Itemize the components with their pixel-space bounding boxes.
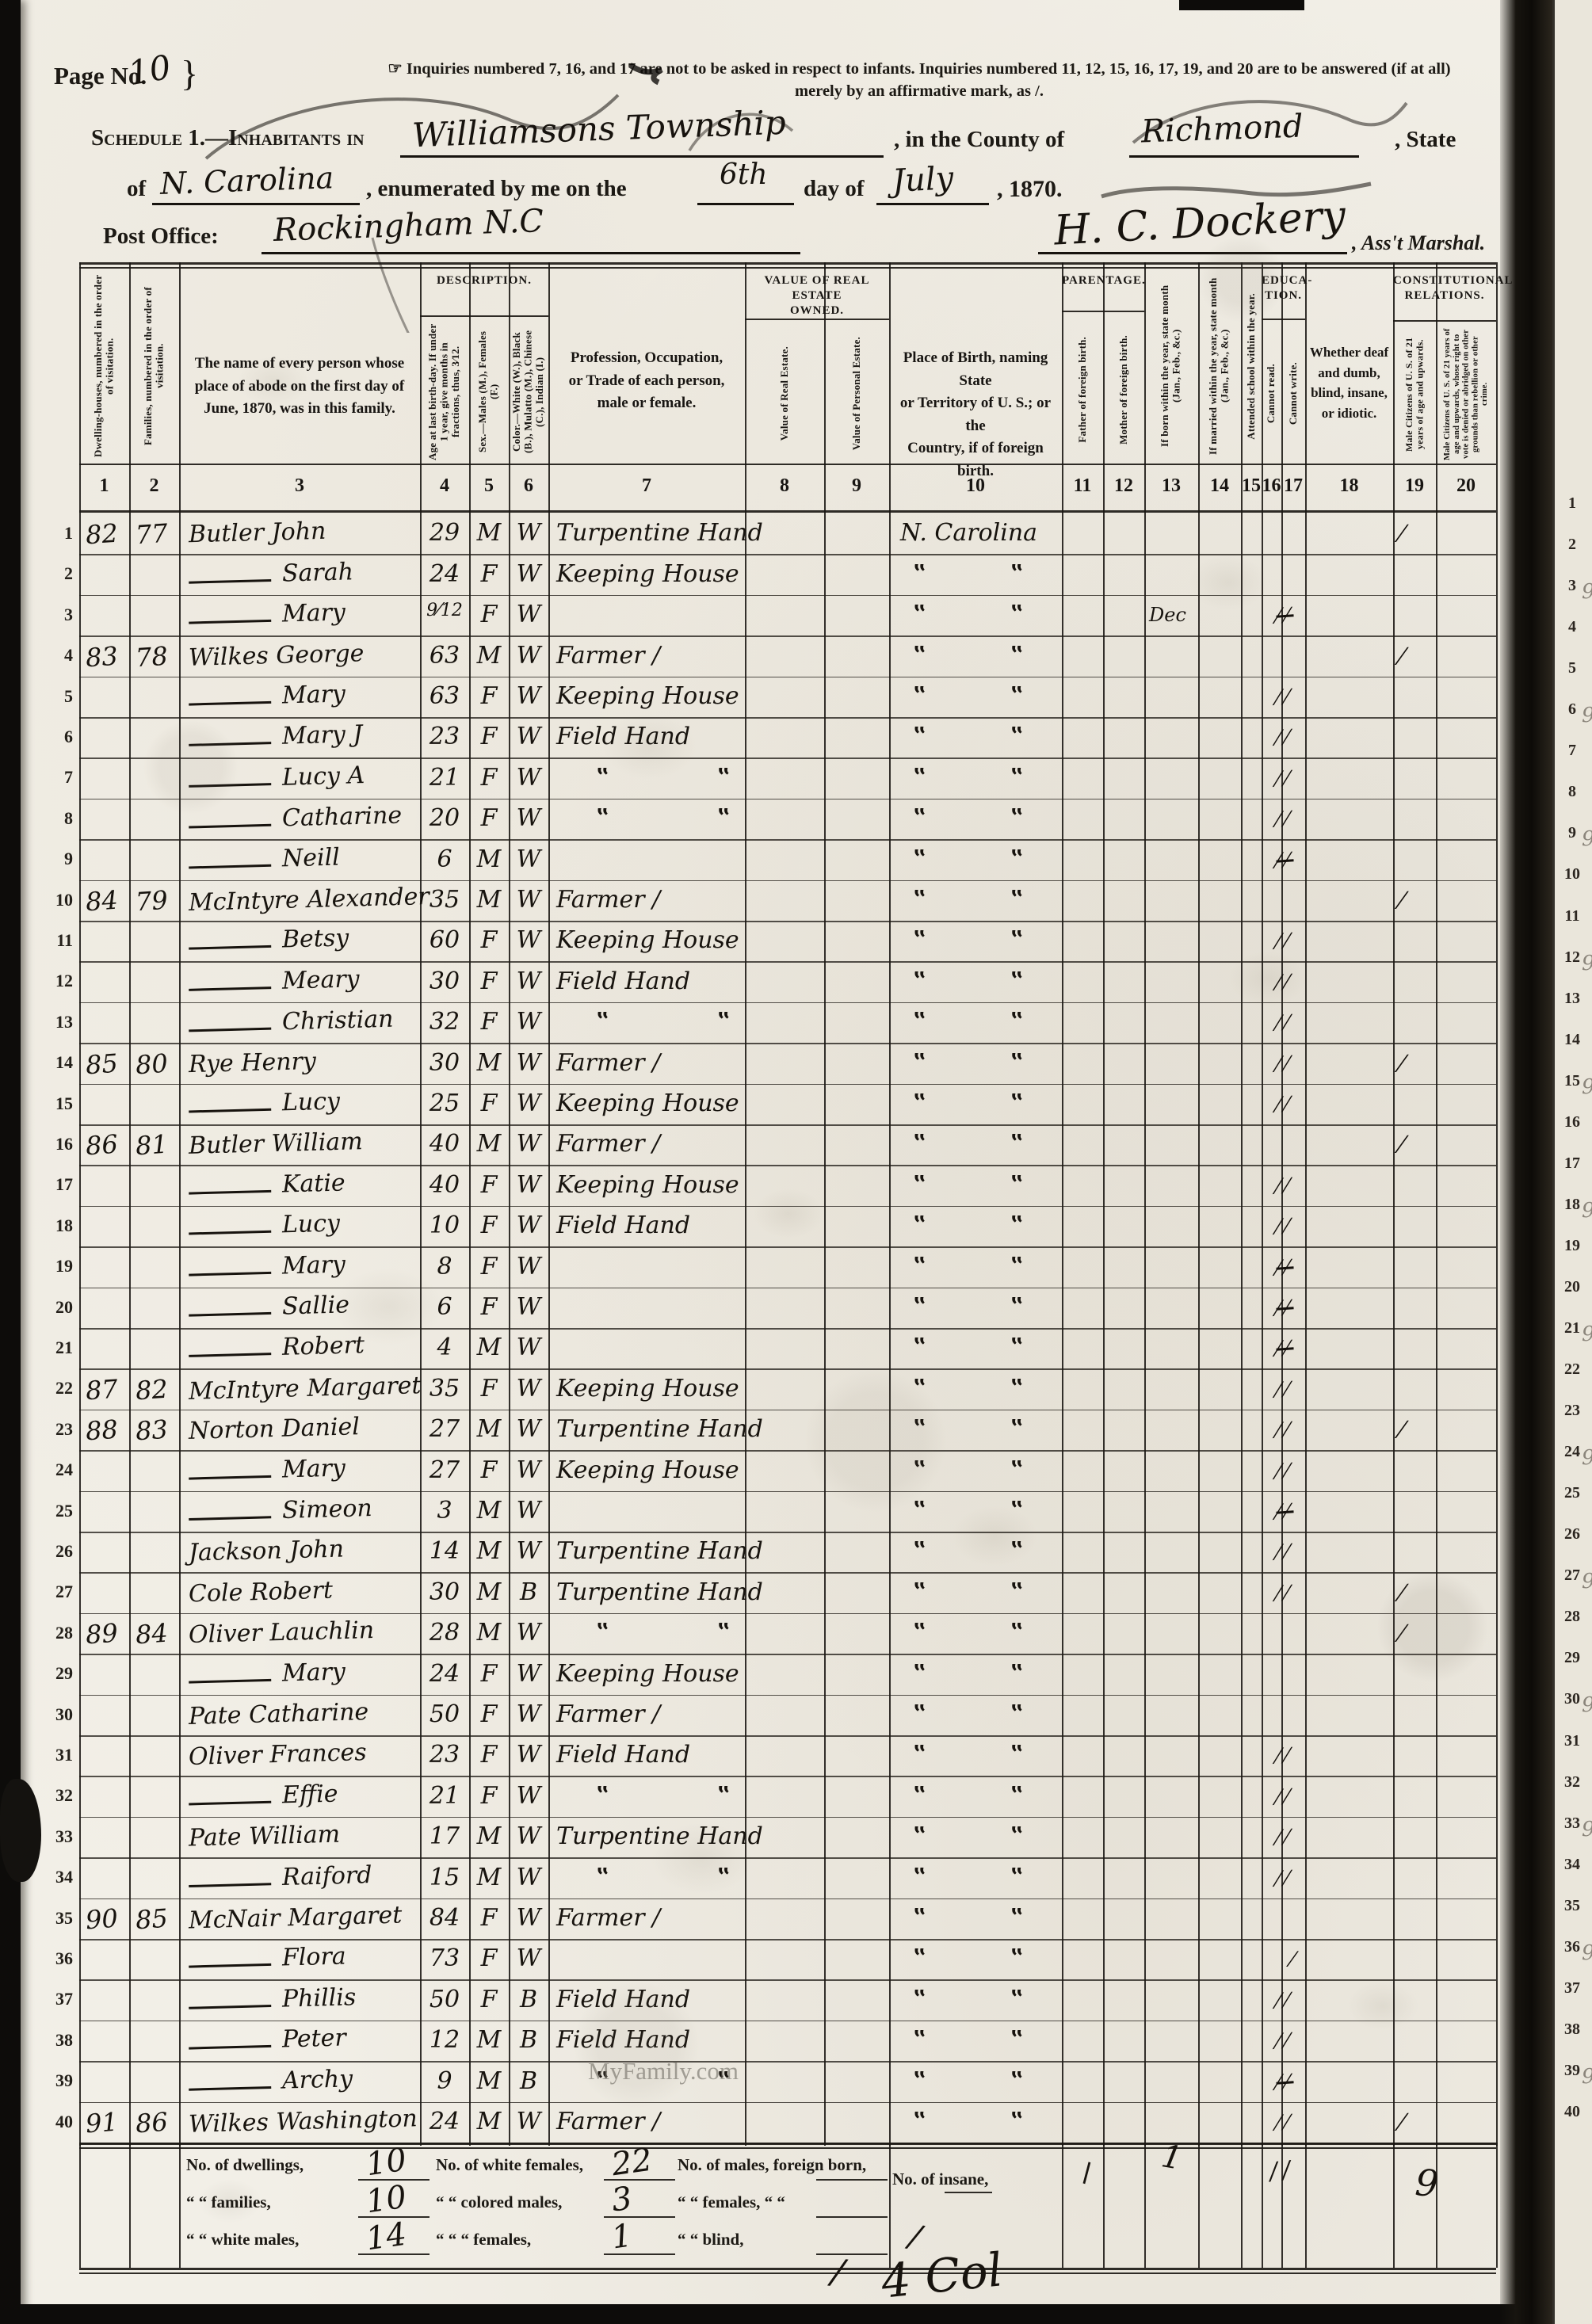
- adjacent-page-row-number: 40: [1555, 2103, 1590, 2121]
- cell-sex: M: [469, 2067, 509, 2095]
- ditto-mark: ‟: [1010, 642, 1024, 670]
- cell-occupation: Keeping House: [556, 926, 739, 954]
- cell-color: W: [509, 1456, 548, 1484]
- cell-occupation: Turpentine Hand: [556, 1578, 763, 1606]
- cell-age: 40: [420, 1130, 469, 1158]
- row-number: 6: [38, 727, 73, 747]
- cell-age: 30: [420, 1578, 469, 1606]
- cell-occupation-ditto: ‟‟: [596, 804, 731, 832]
- col-heading-text: Male Citizens of U. S. of 21 years of ag…: [1443, 328, 1490, 460]
- group-description: DESCRIPTION.: [420, 273, 548, 288]
- adjacent-page-row-number: 26: [1555, 1525, 1590, 1544]
- cell-birthplace-ditto: ‟‟: [913, 1822, 1024, 1850]
- cell-name: Neill: [189, 843, 341, 875]
- row-number: 31: [38, 1745, 73, 1765]
- stray-mark-col19-total: 9: [1414, 2161, 1440, 2205]
- bleed-through-mark: 9: [1582, 1322, 1592, 1346]
- totals-column-line: [1144, 2143, 1146, 2268]
- ditto-mark: ‟: [913, 2067, 926, 2095]
- ticks-cannot-read-write: ∕∕: [1262, 1415, 1308, 1445]
- cell-name: Oliver Lauchlin: [189, 1616, 375, 1649]
- row-number: 13: [38, 1012, 73, 1032]
- cell-birthplace-ditto: ‟‟: [913, 1741, 1024, 1769]
- cell-name: Rye Henry: [189, 1047, 317, 1078]
- row-number: 3: [38, 605, 73, 625]
- bleed-through-mark: 9: [1582, 1075, 1592, 1099]
- cell-age: 25: [420, 1089, 469, 1117]
- row-number: 16: [38, 1134, 73, 1154]
- col-number: 20: [1436, 475, 1496, 497]
- ticks-cannot-read-write: ∕∕: [1262, 2026, 1308, 2056]
- cell-color: W: [509, 1334, 548, 1361]
- totals-column-line: [1198, 2143, 1200, 2268]
- cell-name: Butler John: [189, 517, 326, 549]
- bleed-through-mark: 9: [1582, 952, 1592, 975]
- cell-birthplace-ditto: ‟‟: [913, 642, 1024, 670]
- tick-male-citizen: ∕: [1399, 1130, 1431, 1160]
- ditto-mark: ‟: [717, 1008, 731, 1036]
- cell-sex: F: [469, 1700, 509, 1728]
- group-education: EDUCA- TION.: [1262, 273, 1305, 303]
- cell-age: 8: [420, 1253, 469, 1280]
- cell-color: W: [509, 560, 548, 588]
- ditto-mark: ‟: [1010, 845, 1024, 873]
- total-label: “ “ “ females,: [436, 2230, 531, 2250]
- cell-sex: F: [469, 804, 509, 832]
- cell-occupation-ditto: ‟‟: [596, 1864, 731, 1891]
- cell-age: 30: [420, 967, 469, 995]
- cell-name: Flora: [189, 1943, 347, 1975]
- bleed-through-mark: 9: [1582, 1199, 1592, 1223]
- cell-sex: M: [469, 1130, 509, 1158]
- cell-sex: M: [469, 886, 509, 914]
- ditto-mark: ‟: [913, 2108, 926, 2135]
- col-heading-15: Attended school within the year.: [1241, 272, 1262, 460]
- ditto-mark: ‟: [717, 764, 731, 792]
- adjacent-page-row-number: 25: [1555, 1484, 1590, 1502]
- col-number: 13: [1144, 475, 1198, 497]
- cell-age: 35: [420, 886, 469, 914]
- cell-name: Norton Daniel: [189, 1413, 361, 1445]
- totals-column-line: [1241, 2143, 1243, 2268]
- cell-sex: F: [469, 1253, 509, 1280]
- cell-age: 3: [420, 1497, 469, 1525]
- cell-name: Jackson John: [189, 1536, 345, 1567]
- ditto-dash: [189, 1506, 271, 1521]
- cell-name: McIntyre Margaret: [189, 1372, 422, 1406]
- cell-name: Mary: [189, 1658, 346, 1689]
- row-number: 29: [38, 1663, 73, 1684]
- cell-sex: M: [469, 845, 509, 873]
- ticks-cannot-read-write: ∕∕: [1262, 1375, 1308, 1405]
- cell-sex: F: [469, 1456, 509, 1484]
- row-number: 36: [38, 1948, 73, 1969]
- tick-male-citizen: ∕: [1399, 2108, 1431, 2138]
- row-number: 22: [38, 1378, 73, 1399]
- ditto-dash: [189, 1344, 271, 1358]
- ditto-mark: ‟: [1010, 560, 1024, 588]
- cell-age: 6: [420, 1293, 469, 1321]
- total-label: “ “ colored males,: [436, 2192, 562, 2212]
- total-label: No. of dwellings,: [186, 2155, 304, 2175]
- total-label: “ “ white males,: [186, 2230, 299, 2250]
- col-heading-17: Cannot write.: [1281, 326, 1305, 460]
- header-bottom-rule: [79, 464, 1496, 465]
- cell-age: 21: [420, 1782, 469, 1810]
- cell-age: 12: [420, 2026, 469, 2054]
- ditto-dash: [189, 815, 271, 829]
- cell-occupation: Field Hand: [556, 2026, 690, 2054]
- cell-sex: F: [469, 1008, 509, 1036]
- cell-birthplace-ditto: ‟‟: [913, 804, 1024, 832]
- ditto-mark: ‟: [913, 1375, 926, 1402]
- cell-color: B: [509, 2067, 548, 2095]
- col-number: 6: [509, 475, 548, 497]
- col-heading-name: The name of every person whose place of …: [184, 353, 415, 421]
- cell-birthplace-ditto: ‟‟: [913, 2108, 1024, 2135]
- ditto-mark: ‟: [1010, 1089, 1024, 1117]
- cell-name: Lucy A: [189, 761, 365, 794]
- cell-color: W: [509, 519, 548, 547]
- cell-family-number: 77: [135, 518, 169, 551]
- cell-age: 6: [420, 845, 469, 873]
- col-heading-birthplace: Place of Birth, naming State or Territor…: [894, 347, 1057, 483]
- ditto-mark: ‟: [913, 1986, 926, 2013]
- cell-name: Christian: [189, 1006, 394, 1039]
- ditto-mark: ‟: [913, 1253, 926, 1280]
- ditto-mark: ‟: [1010, 1415, 1024, 1443]
- footer-note: 4 Col: [879, 2242, 1005, 2309]
- cell-color: B: [509, 1986, 548, 2013]
- adjacent-page-row-number: 16: [1555, 1113, 1590, 1131]
- totals-bottom-rule: [79, 2268, 1496, 2270]
- cell-color: W: [509, 601, 548, 628]
- ditto-mark: ‟: [913, 560, 926, 588]
- col-number: 3: [179, 475, 420, 497]
- cell-birthplace-ditto: ‟‟: [913, 723, 1024, 750]
- cell-color: W: [509, 764, 548, 792]
- cell-occupation: Field Hand: [556, 967, 690, 995]
- cell-birthplace-ditto: ‟‟: [913, 764, 1024, 792]
- cell-sex: M: [469, 642, 509, 670]
- col-heading-text: Families, numbered in the order of visit…: [143, 272, 166, 460]
- cell-birthplace-ditto: ‟‟: [913, 1578, 1024, 1606]
- cell-color: W: [509, 1864, 548, 1891]
- col-number: 1: [79, 475, 129, 497]
- ditto-mark: ‟: [1010, 1293, 1024, 1321]
- totals-column-line: [1305, 2143, 1307, 2268]
- col-heading-8: Value of Real Estate.: [745, 326, 824, 460]
- stray-mark-col16-17: ∕∕: [1268, 2155, 1296, 2185]
- col-heading-20: Male Citizens of U. S. of 21 years of ag…: [1436, 328, 1496, 460]
- total-value: 22: [609, 2142, 655, 2184]
- ditto-mark: ‟: [913, 886, 926, 914]
- cell-occupation: Farmer ∕: [556, 1904, 660, 1932]
- ticks-cannot-read-write: ∕∕: [1262, 845, 1308, 876]
- group-education-rule: [1262, 319, 1305, 320]
- cell-name: Simeon: [189, 1494, 373, 1527]
- cell-family-number: 83: [135, 1414, 169, 1447]
- cell-sex: F: [469, 1089, 509, 1117]
- cell-color: W: [509, 1822, 548, 1850]
- col-number: 14: [1198, 475, 1241, 497]
- ditto-dash: [189, 1018, 271, 1032]
- ticks-cannot-read-write: ∕∕: [1262, 1986, 1308, 2016]
- cell-name: Mary: [189, 599, 346, 631]
- row-number: 34: [38, 1867, 73, 1887]
- cell-name: McNair Margaret: [189, 1901, 403, 1934]
- ditto-mark: ‟: [913, 1130, 926, 1158]
- cell-sex: F: [469, 560, 509, 588]
- cell-name: Meary: [189, 965, 360, 998]
- stray-mark-col11: ∖: [1070, 2155, 1096, 2191]
- totals-column-line: [1393, 2143, 1395, 2268]
- cell-name: Sallie: [189, 1291, 350, 1322]
- totals-column-line: [1496, 2143, 1498, 2268]
- total-value-line: [816, 2253, 888, 2255]
- cell-age: 50: [420, 1986, 469, 2013]
- cell-age: 24: [420, 560, 469, 588]
- adjacent-page-row-number: 35: [1555, 1897, 1590, 1915]
- cell-occupation: Farmer ∕: [556, 2108, 660, 2135]
- cell-age: 50: [420, 1700, 469, 1728]
- cell-color: W: [509, 642, 548, 670]
- table-top-rule2: [79, 267, 1496, 269]
- ticks-cannot-read-write: ∕∕: [1262, 1334, 1308, 1364]
- col-heading-text: Father of foreign birth.: [1077, 337, 1089, 443]
- col-number: 4: [420, 475, 469, 497]
- totals-column-line: [129, 2143, 131, 2268]
- ditto-mark: ‟: [913, 1089, 926, 1117]
- ditto-mark: ‟: [913, 1741, 926, 1769]
- col-heading-text: If born within the year, state month (Ja…: [1159, 272, 1182, 460]
- col-number: 16: [1262, 475, 1281, 497]
- row-number: 7: [38, 767, 73, 788]
- bleed-through-mark: 9: [1582, 704, 1592, 727]
- cell-name: Mary: [189, 1250, 346, 1282]
- ditto-dash: [189, 1181, 271, 1195]
- cell-age: 63: [420, 642, 469, 670]
- totals-column-line: [179, 2143, 181, 2268]
- cell-color: W: [509, 1293, 548, 1321]
- cell-birthplace-ditto: ‟‟: [913, 682, 1024, 710]
- cell-age: 4: [420, 1334, 469, 1361]
- bleed-through-mark: 9: [1582, 580, 1592, 604]
- adjacent-page-row-number: 19: [1555, 1237, 1590, 1255]
- bleed-through-mark: 9: [1582, 827, 1592, 851]
- top-edge-mark: [1179, 0, 1304, 10]
- ditto-mark: ‟: [1010, 926, 1024, 954]
- left-binding-edge: [0, 0, 21, 2324]
- totals-column-line: [1103, 2143, 1105, 2268]
- cell-age: 27: [420, 1456, 469, 1484]
- tick-male-citizen: ∕: [1399, 1415, 1431, 1445]
- cell-age: 40: [420, 1171, 469, 1199]
- totals-column-line: [889, 2143, 891, 2268]
- bleed-through-mark: 9: [1582, 1570, 1592, 1593]
- cell-color: W: [509, 1497, 548, 1525]
- cell-occupation: Farmer ∕: [556, 1700, 660, 1728]
- cell-occupation: Turpentine Hand: [556, 1415, 763, 1443]
- cell-name: Effie: [189, 1780, 338, 1811]
- row-number: 24: [38, 1460, 73, 1480]
- totals-column-line: [79, 2143, 81, 2268]
- cell-sex: M: [469, 1334, 509, 1361]
- cell-occupation: Keeping House: [556, 560, 739, 588]
- left-edge-blot: [0, 1779, 41, 1882]
- cell-sex: M: [469, 1822, 509, 1850]
- cell-name: Archy: [189, 2065, 353, 2097]
- cell-occupation: Keeping House: [556, 1456, 739, 1484]
- cell-occupation: Field Hand: [556, 1741, 690, 1769]
- cell-sex: F: [469, 1904, 509, 1932]
- cell-age: 28: [420, 1619, 469, 1647]
- col-number: 15: [1241, 475, 1262, 497]
- cell-name: Catharine: [189, 802, 403, 835]
- ditto-mark: ‟: [913, 1619, 926, 1647]
- row-number: 14: [38, 1052, 73, 1073]
- ditto-mark: ‟: [717, 804, 731, 832]
- cell-name: Betsy: [189, 925, 349, 956]
- ditto-mark: ‟: [1010, 1130, 1024, 1158]
- cell-birthplace-ditto: ‟‟: [913, 1089, 1024, 1117]
- cell-sex: F: [469, 1944, 509, 1972]
- ditto-mark: ‟: [1010, 1212, 1024, 1239]
- row-rule: [79, 2143, 1496, 2144]
- cell-family-number: 85: [135, 1903, 169, 1936]
- ditto-mark: ‟: [717, 1782, 731, 1810]
- cell-dwelling-number: 83: [85, 640, 119, 673]
- col-heading-occupation: Profession, Occupation, or Trade of each…: [553, 347, 740, 415]
- ditto-mark: ‟: [596, 1008, 609, 1036]
- col-number: 12: [1103, 475, 1144, 497]
- cell-name: Raiford: [189, 1861, 372, 1894]
- col-heading-11: Father of foreign birth.: [1062, 319, 1103, 460]
- cell-dwelling-number: 87: [85, 1373, 119, 1406]
- col-heading-text: Mother of foreign birth.: [1118, 335, 1130, 445]
- ditto-dash: [189, 1792, 271, 1806]
- ticks-cannot-read-write: ∕∕: [1262, 1782, 1308, 1812]
- ditto-mark: ‟: [1010, 804, 1024, 832]
- cell-color: W: [509, 682, 548, 710]
- total-label: No. of males, foreign born,: [678, 2155, 866, 2175]
- watermark: MyFamily.com: [588, 2057, 739, 2085]
- cell-name: Mary: [189, 680, 346, 712]
- cell-birthplace-ditto: ‟‟: [913, 1253, 1024, 1280]
- cell-birthplace-ditto: ‟‟: [913, 1130, 1024, 1158]
- ticks-cannot-read-write: ∕∕: [1262, 1456, 1308, 1486]
- cell-occupation: Farmer ∕: [556, 642, 660, 670]
- cell-color: W: [509, 1660, 548, 1688]
- total-value: 10: [364, 2142, 409, 2184]
- cell-sex: F: [469, 1212, 509, 1239]
- cell-occupation-ditto: ‟‟: [596, 1782, 731, 1810]
- col-heading-13: If born within the year, state month (Ja…: [1144, 272, 1198, 460]
- cell-sex: F: [469, 723, 509, 750]
- cell-name: Mary: [189, 1454, 346, 1486]
- cell-age: 14: [420, 1537, 469, 1565]
- cell-sex: F: [469, 1660, 509, 1688]
- ditto-mark: ‟: [1010, 1171, 1024, 1199]
- cell-name: Pate William: [189, 1821, 341, 1853]
- row-number: 33: [38, 1826, 73, 1847]
- cell-occupation: Farmer ∕: [556, 1049, 660, 1077]
- group-description-rule: [420, 315, 548, 317]
- ditto-dash: [189, 1303, 271, 1317]
- total-value: 3: [609, 2180, 635, 2219]
- cell-color: W: [509, 1700, 548, 1728]
- cell-birthplace-ditto: ‟‟: [913, 601, 1024, 628]
- cell-occupation: Keeping House: [556, 1089, 739, 1117]
- ditto-mark: ‟: [1010, 967, 1024, 995]
- ditto-mark: ‟: [1010, 1822, 1024, 1850]
- ditto-mark: ‟: [913, 764, 926, 792]
- ditto-dash: [189, 692, 271, 706]
- adjacent-page-row-number: 17: [1555, 1154, 1590, 1173]
- cell-age: 10: [420, 1212, 469, 1239]
- cell-name: Cole Robert: [189, 1576, 334, 1608]
- col-heading-5: Sex.—Males (M.), Females (F.): [469, 323, 509, 460]
- ditto-mark: ‟: [913, 1171, 926, 1199]
- cell-age: 84: [420, 1904, 469, 1932]
- cell-color: W: [509, 1375, 548, 1402]
- bleed-through-mark: 9: [1582, 1941, 1592, 1965]
- ticks-cannot-read-write: ∕∕: [1262, 1049, 1308, 1079]
- cell-name: Lucy: [189, 1088, 341, 1120]
- adjacent-page-row-number: 2: [1555, 536, 1590, 554]
- row-number: 28: [38, 1623, 73, 1643]
- adjacent-page-row-number: 23: [1555, 1402, 1590, 1420]
- cell-dwelling-number: 90: [85, 1903, 119, 1936]
- col-heading-text: Age at last birth-day. If under 1 year, …: [427, 323, 462, 460]
- col-heading-text: Value of Real Estate.: [779, 346, 791, 441]
- group-value-owned: VALUE OF REAL ESTATE OWNED.: [745, 273, 889, 318]
- cell-name: Lucy: [189, 1210, 341, 1242]
- adjacent-page-row-number: 14: [1555, 1031, 1590, 1049]
- tick-male-citizen: ∕: [1399, 886, 1431, 916]
- cell-birthplace-ditto: ‟‟: [913, 926, 1024, 954]
- row-number: 23: [38, 1419, 73, 1440]
- ditto-mark: ‟: [596, 1782, 609, 1810]
- row-number: 10: [38, 890, 73, 910]
- ticks-cannot-read-write: ∕∕: [1262, 682, 1308, 712]
- cell-birthplace-ditto: ‟‟: [913, 1619, 1024, 1647]
- cell-age: 24: [420, 1660, 469, 1688]
- cell-birthplace-ditto: ‟‟: [913, 1415, 1024, 1443]
- ditto-mark: ‟: [913, 967, 926, 995]
- cell-age: 15: [420, 1864, 469, 1891]
- ditto-mark: ‟: [1010, 886, 1024, 914]
- group-parentage: PARENTAGE.: [1062, 273, 1144, 288]
- cell-age: 32: [420, 1008, 469, 1036]
- cell-occupation: Field Hand: [556, 723, 690, 750]
- row-number: 26: [38, 1541, 73, 1562]
- cell-family-number: 79: [135, 885, 169, 918]
- cell-age: 23: [420, 1741, 469, 1769]
- cell-name: Robert: [189, 1331, 365, 1364]
- ditto-mark: ‟: [1010, 1253, 1024, 1280]
- cell-family-number: 81: [135, 1129, 169, 1162]
- cell-sex: M: [469, 1864, 509, 1891]
- ditto-mark: ‟: [913, 804, 926, 832]
- adjacent-page-row-number: 38: [1555, 2021, 1590, 2039]
- col-heading-12: Mother of foreign birth.: [1103, 319, 1144, 460]
- cell-birthplace-ditto: ‟‟: [913, 1660, 1024, 1688]
- col-number: 9: [824, 475, 889, 497]
- cell-family-number: 86: [135, 2107, 169, 2139]
- cell-age: 73: [420, 1944, 469, 1972]
- ditto-mark: ‟: [913, 723, 926, 750]
